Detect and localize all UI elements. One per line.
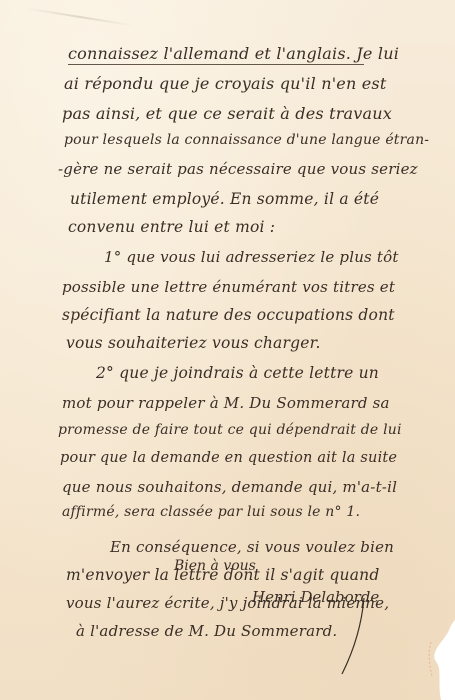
letter-line-16: que nous souhaitons, demande qui, m'a-t-… [62,478,397,496]
letter-line-6: utilement employé. En somme, il a été [70,190,379,208]
letter-line-4: pour lesquels la connaissance d'une lang… [64,132,429,148]
letter-line-12: 2° que je joindrais à cette lettre un [96,364,379,382]
letter-line-11: vous souhaiteriez vous charger. [66,334,321,352]
letter-line-10: spécifiant la nature des occupations don… [62,306,395,324]
letter-line-2: ai répondu que je croyais qu'il n'en est [64,74,386,93]
letter-line-15: pour que la demande en question ait la s… [60,450,397,466]
letter-line-3: pas ainsi, et que ce serait à des travau… [62,104,392,123]
letter-line-1: connaissez l'allemand et l'anglais. Je l… [68,44,399,63]
letter-page: connaissez l'allemand et l'anglais. Je l… [0,0,455,700]
letter-line-8: 1° que vous lui adresseriez le plus tôt [104,248,399,266]
letter-line-14: promesse de faire tout ce qui dépendrait… [58,422,402,438]
underline-languages [68,64,364,65]
paper-crease [26,7,135,26]
letter-line-13: mot pour rappeler à M. Du Sommerard sa [62,394,390,412]
torn-edge-icon [425,620,455,700]
closing-salutation: Bien à vous [174,558,256,574]
letter-line-5: -gère ne serait pas nécessaire que vous … [58,160,418,178]
letter-line-17: affirmé, sera classée par lui sous le n°… [62,504,360,520]
letter-line-21: à l'adresse de M. Du Sommerard. [76,622,337,640]
letter-line-18-visible: En conséquence, si vous voulez bien [110,538,394,556]
letter-line-7: convenu entre lui et moi : [68,218,275,236]
signature-flourish-icon [338,596,368,676]
letter-line-9: possible une lettre énumérant vos titres… [62,278,395,296]
